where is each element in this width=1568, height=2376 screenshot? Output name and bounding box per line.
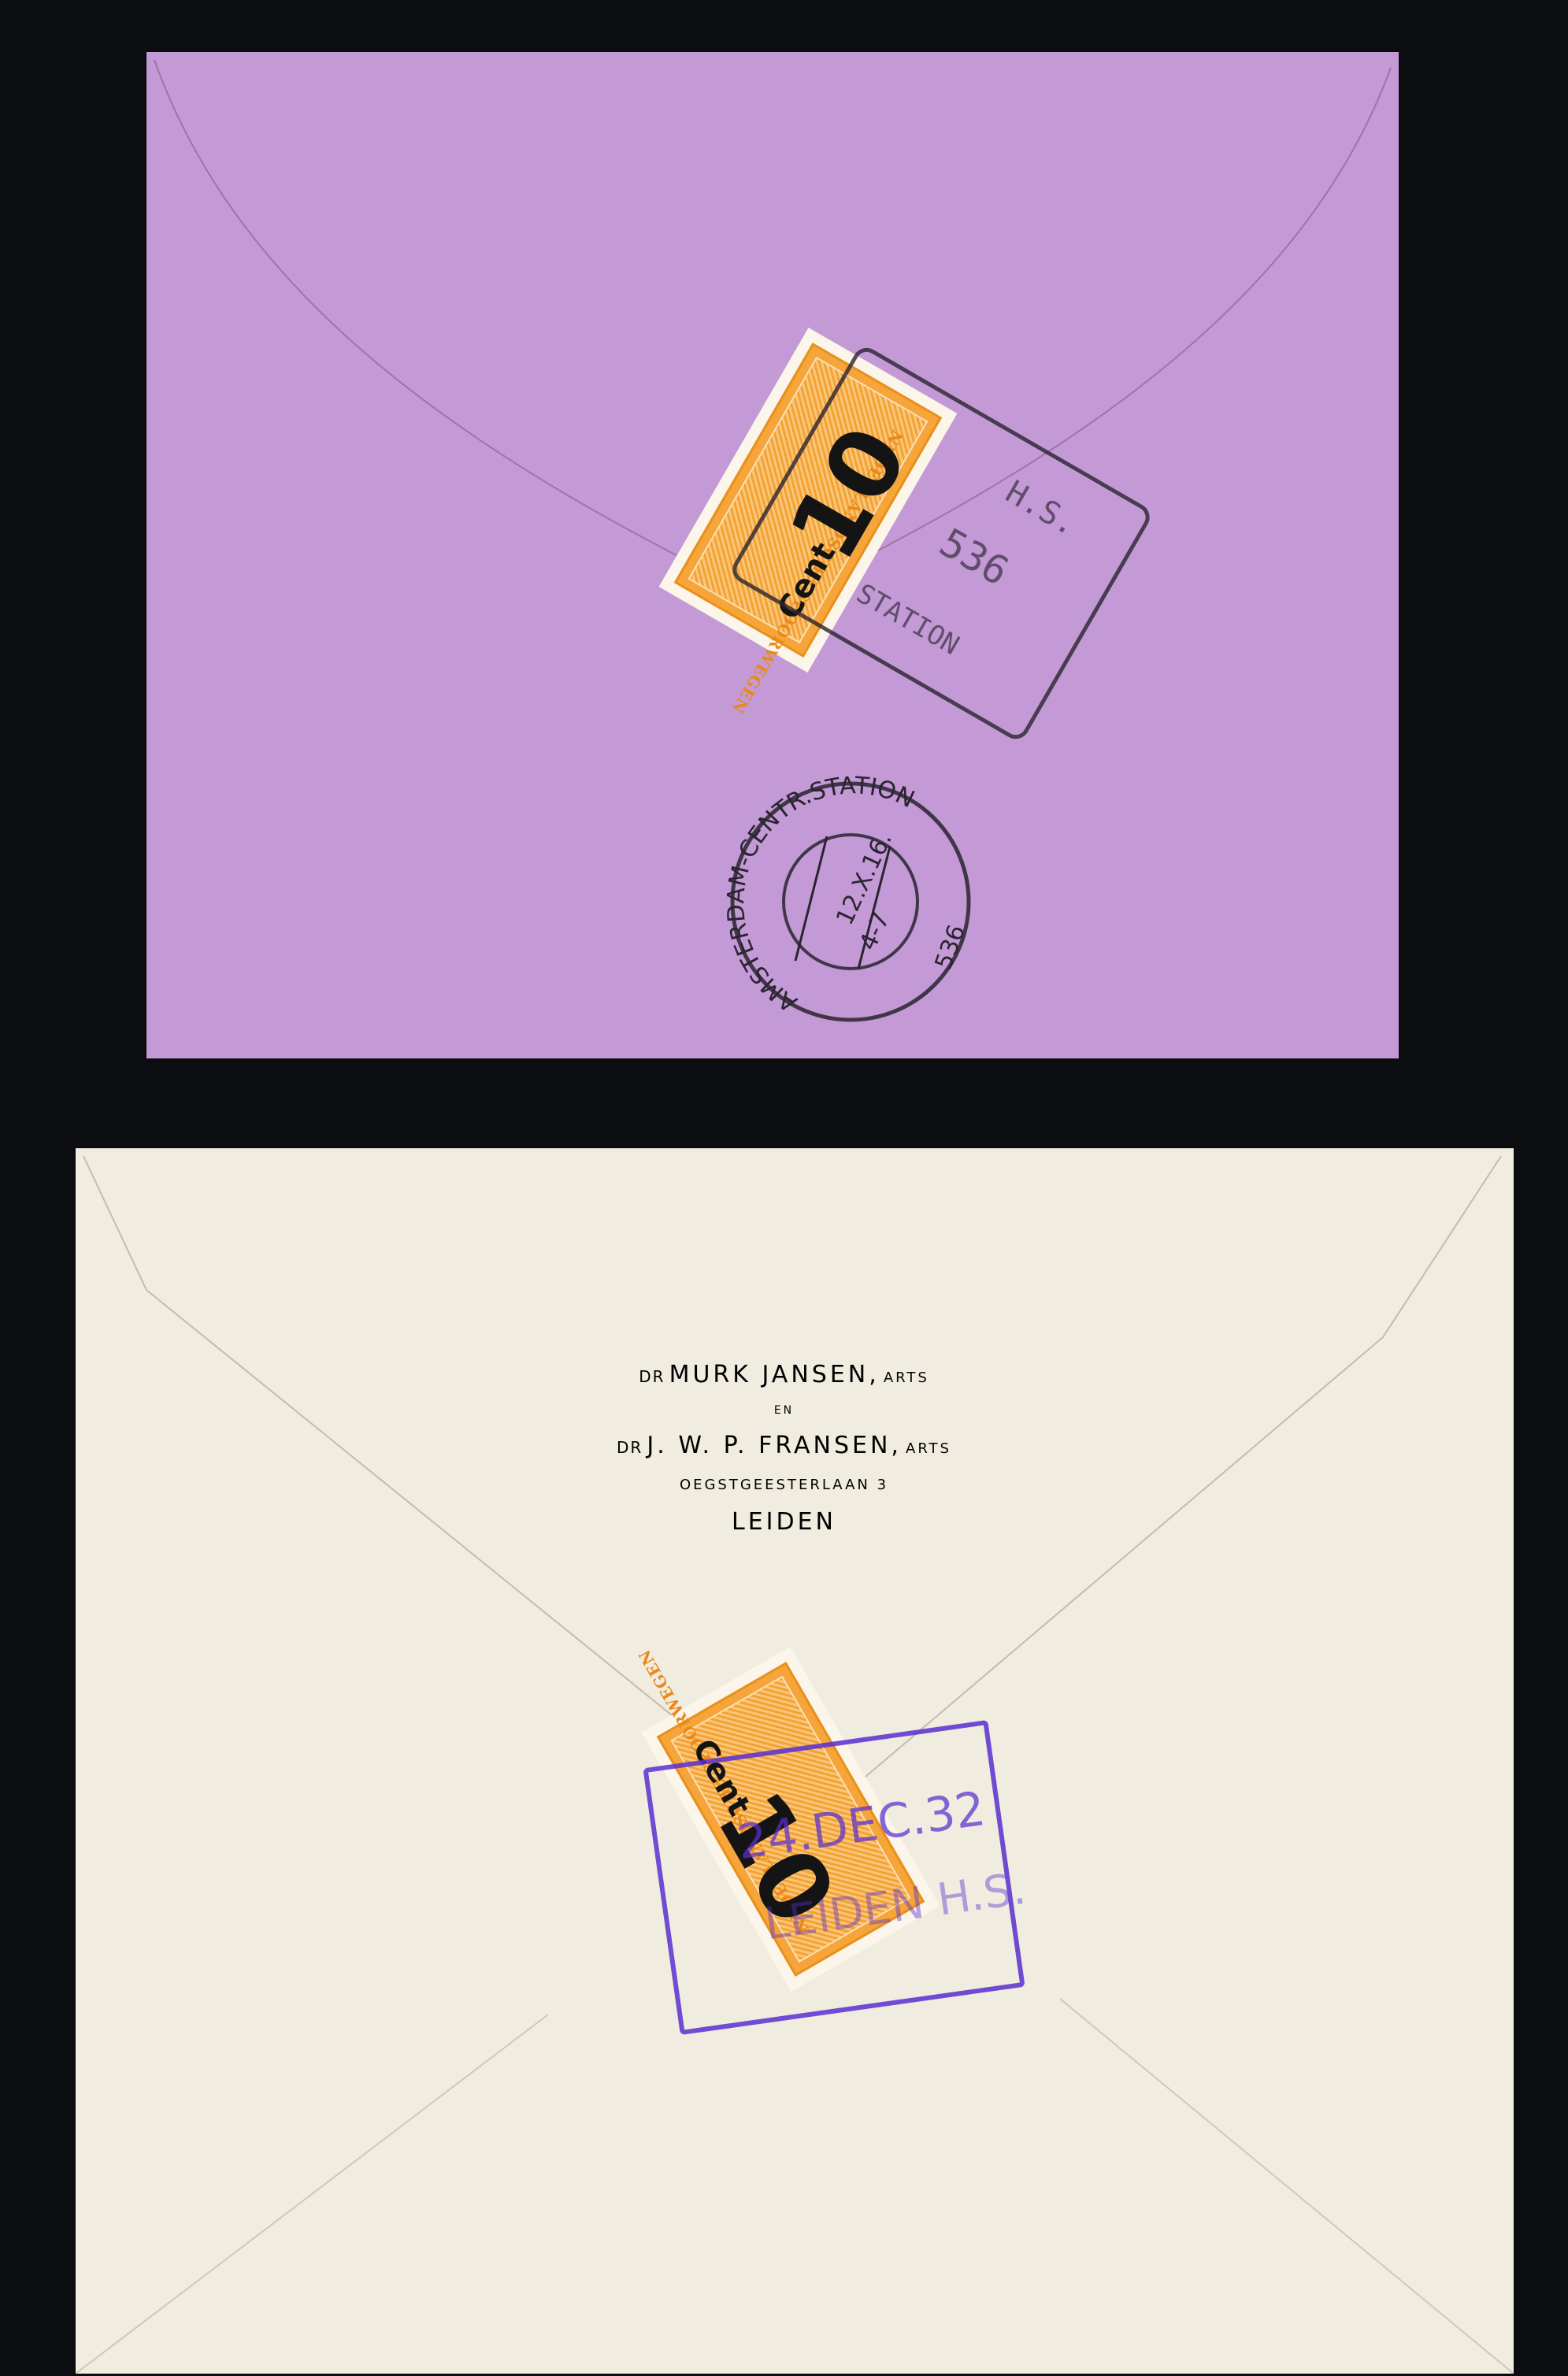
doctor-name-2: J. W. P. FRANSEN, bbox=[647, 1432, 902, 1459]
cancel-line: 536 bbox=[932, 520, 1017, 595]
title-prefix: DR bbox=[617, 1438, 643, 1457]
profession: ARTS bbox=[906, 1440, 951, 1457]
postmark-number: 536 bbox=[930, 921, 971, 973]
postmark-place: AMSTERDAM-CENTR.STATION bbox=[709, 772, 921, 1018]
cancel-line: H.S. bbox=[999, 474, 1083, 543]
cancel-line: STATION bbox=[851, 578, 965, 662]
postmark-date: 12.X.16. bbox=[831, 828, 898, 929]
address: OEGSTGEESTERLAAN 3 bbox=[0, 1477, 1568, 1493]
connector: EN bbox=[0, 1404, 1568, 1417]
doctor-name-1: MURK JANSEN, bbox=[669, 1361, 880, 1388]
railway-cancel-box-violet: 24.DEC.32 LEIDEN H.S. bbox=[643, 1720, 1025, 2035]
cancel-date: 24.DEC.32 bbox=[734, 1781, 989, 1870]
title-prefix: DR bbox=[639, 1367, 665, 1386]
svg-text:AMSTERDAM-CENTR.STATION: AMSTERDAM-CENTR.STATION bbox=[709, 772, 921, 1018]
circular-postmark: AMSTERDAM-CENTR.STATION 12.X.16. 4-7 536 bbox=[709, 772, 992, 1024]
profession: ARTS bbox=[884, 1370, 929, 1386]
city: LEIDEN bbox=[0, 1508, 1568, 1536]
cancel-place: LEIDEN H.S. bbox=[762, 1863, 1029, 1951]
